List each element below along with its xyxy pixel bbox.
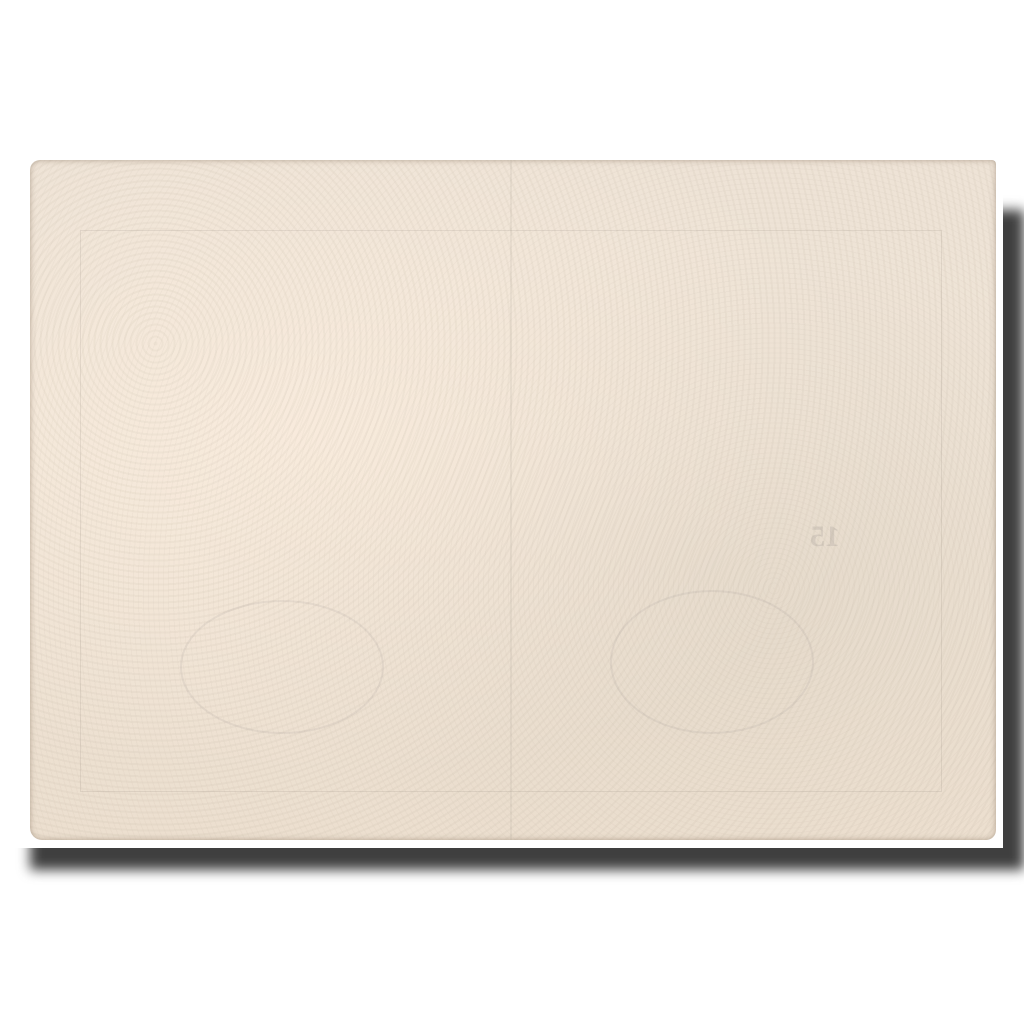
banknote-reverse: 15 — [30, 160, 996, 840]
center-fold — [510, 160, 512, 840]
bleed-through-seal-left — [180, 600, 384, 734]
bleed-through-number: 15 — [810, 520, 840, 554]
bleed-through-seal-right — [610, 590, 814, 734]
